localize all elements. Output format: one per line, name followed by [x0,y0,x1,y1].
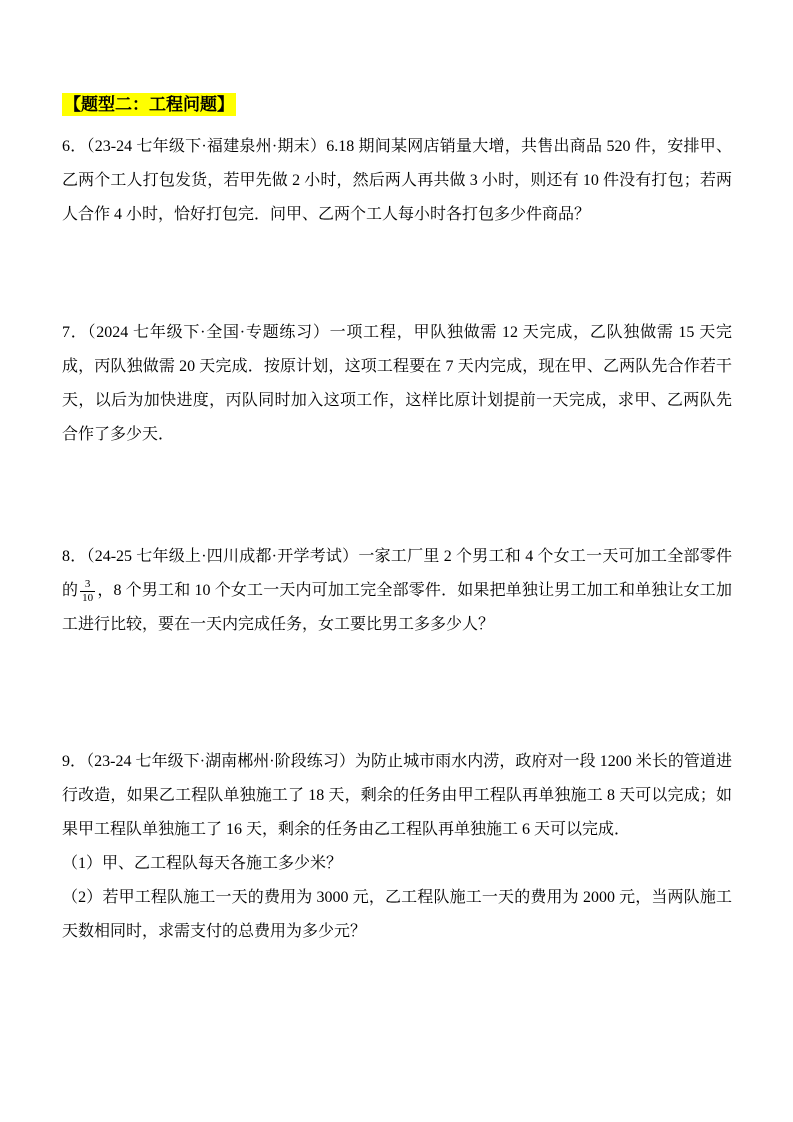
problem-7-paragraph: 7．（2024 七年级下·全国·专题练习）一项工程，甲队独做需 12 天完成，乙… [62,316,732,452]
problem-6-source: （23-24 七年级下·福建泉州·期末） [87,138,327,155]
problem-8: 8．（24-25 七年级上·四川成都·开学考试）一家工厂里 2 个男工和 4 个… [62,540,732,642]
fraction-numerator: 3 [83,579,93,591]
problem-9: 9．（23-24 七年级下·湖南郴州·阶段练习）为防止城市雨水内涝，政府对一段 … [62,745,732,949]
fraction-three-tenths: 310 [80,579,95,604]
section-header-text: 【题型二：工程问题】 [62,93,236,116]
problem-7-number: 7． [62,324,88,341]
document-page: 【题型二：工程问题】 6．（23-24 七年级下·福建泉州·期末）6.18 期间… [0,0,793,1122]
section-header: 【题型二：工程问题】 [62,91,732,119]
problem-7-source: （2024 七年级下·全国·专题练习） [88,324,330,341]
problem-6-paragraph: 6．（23-24 七年级下·福建泉州·期末）6.18 期间某网店销量大增，共售出… [62,130,732,232]
problem-9-source: （23-24 七年级下·湖南郴州·阶段练习） [86,753,355,770]
fraction-denominator: 10 [80,591,95,604]
problem-8-number: 8． [62,548,86,565]
problem-8-text-after: ，8 个男工和 10 个女工一天内可加工完全部零件．如果把单独让男工加工和单独让… [62,582,732,633]
problem-7-text: 一项工程，甲队独做需 12 天完成，乙队独做需 15 天完成，丙队独做需 20 … [62,324,732,443]
problem-9-subquestion-2: （2）若甲工程队施工一天的费用为 3000 元，乙工程队施工一天的费用为 200… [62,881,732,949]
problem-7: 7．（2024 七年级下·全国·专题练习）一项工程，甲队独做需 12 天完成，乙… [62,316,732,452]
problem-9-number: 9． [62,753,86,770]
problem-8-paragraph: 8．（24-25 七年级上·四川成都·开学考试）一家工厂里 2 个男工和 4 个… [62,540,732,642]
problem-6-number: 6． [62,138,87,155]
problem-6: 6．（23-24 七年级下·福建泉州·期末）6.18 期间某网店销量大增，共售出… [62,130,732,232]
problem-9-paragraph: 9．（23-24 七年级下·湖南郴州·阶段练习）为防止城市雨水内涝，政府对一段 … [62,745,732,847]
problem-9-subquestion-1: （1）甲、乙工程队每天各施工多少米？ [62,847,732,881]
problem-8-source: （24-25 七年级上·四川成都·开学考试） [86,548,358,565]
